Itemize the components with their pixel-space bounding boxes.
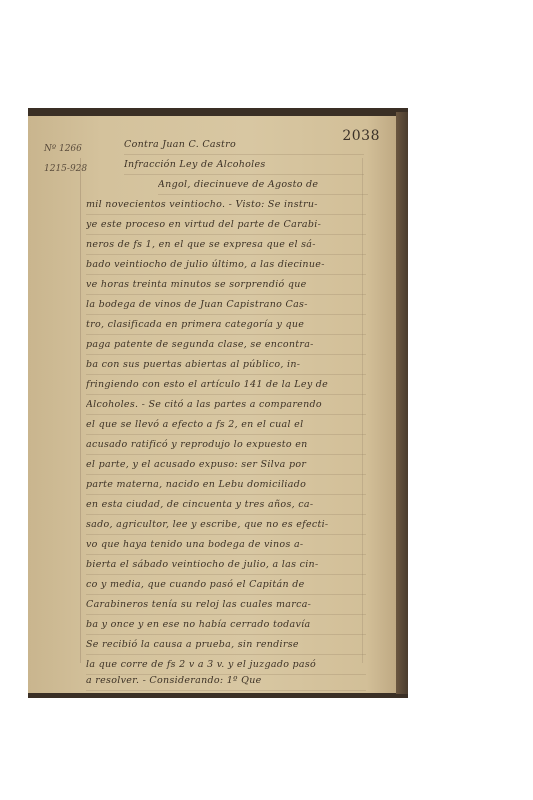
text-line: en esta ciudad, de cincuenta y tres años… <box>86 494 366 515</box>
text-line: el que se llevó a efecto a fs 2, en el c… <box>86 414 366 435</box>
text-line: a resolver. - Considerando: 1º Que <box>86 672 366 691</box>
case-subject: Infracción Ley de Alcoholes <box>124 154 364 175</box>
text-line: Se recibió la causa a prueba, sin rendir… <box>86 634 366 655</box>
text-line: bado veintiocho de julio último, a las d… <box>86 254 366 275</box>
entry-number: Nº 1266 <box>44 144 82 154</box>
text-line: neros de fs 1, en el que se expresa que … <box>86 234 366 255</box>
text-line: ba con sus puertas abiertas al público, … <box>86 354 366 375</box>
text-line: mil novecientos veintiocho. - Visto: Se … <box>86 194 366 215</box>
text-line: sado, agricultor, lee y escribe, que no … <box>86 514 366 535</box>
book-spine-edge <box>396 112 408 694</box>
text-line: ye este proceso en virtud del parte de C… <box>86 214 366 235</box>
text-line: fringiendo con esto el artículo 141 de l… <box>86 374 366 395</box>
text-line: la bodega de vinos de Juan Capistrano Ca… <box>86 294 366 315</box>
text-line: Alcoholes. - Se citó a las partes a comp… <box>86 394 366 415</box>
ledger-page: 2038 Nº 1266 1215-928 Contra Juan C. Cas… <box>28 116 396 693</box>
text-line: ve horas treinta minutos se sorprendió q… <box>86 274 366 295</box>
case-title: Contra Juan C. Castro <box>124 134 364 155</box>
text-line: parte materna, nacido en Lebu domiciliad… <box>86 474 366 495</box>
date-code: 1215-928 <box>44 164 87 174</box>
text-line: tro, clasificada en primera categoría y … <box>86 314 366 335</box>
text-line: Carabineros tenía su reloj las cuales ma… <box>86 594 366 615</box>
text-line: ba y once y en ese no había cerrado toda… <box>86 614 366 635</box>
text-line: bierta el sábado veintiocho de julio, a … <box>86 554 366 575</box>
text-line: Angol, diecinueve de Agosto de <box>158 174 368 195</box>
text-line: paga patente de segunda clase, se encont… <box>86 334 366 355</box>
text-line: co y media, que cuando pasó el Capitán d… <box>86 574 366 595</box>
text-line: acusado ratificó y reprodujo lo expuesto… <box>86 434 366 455</box>
scanned-document-page: 2038 Nº 1266 1215-928 Contra Juan C. Cas… <box>28 108 408 698</box>
text-line: vo que haya tenido una bodega de vinos a… <box>86 534 366 555</box>
margin-rule <box>80 158 81 663</box>
text-line: el parte, y el acusado expuso: ser Silva… <box>86 454 366 475</box>
